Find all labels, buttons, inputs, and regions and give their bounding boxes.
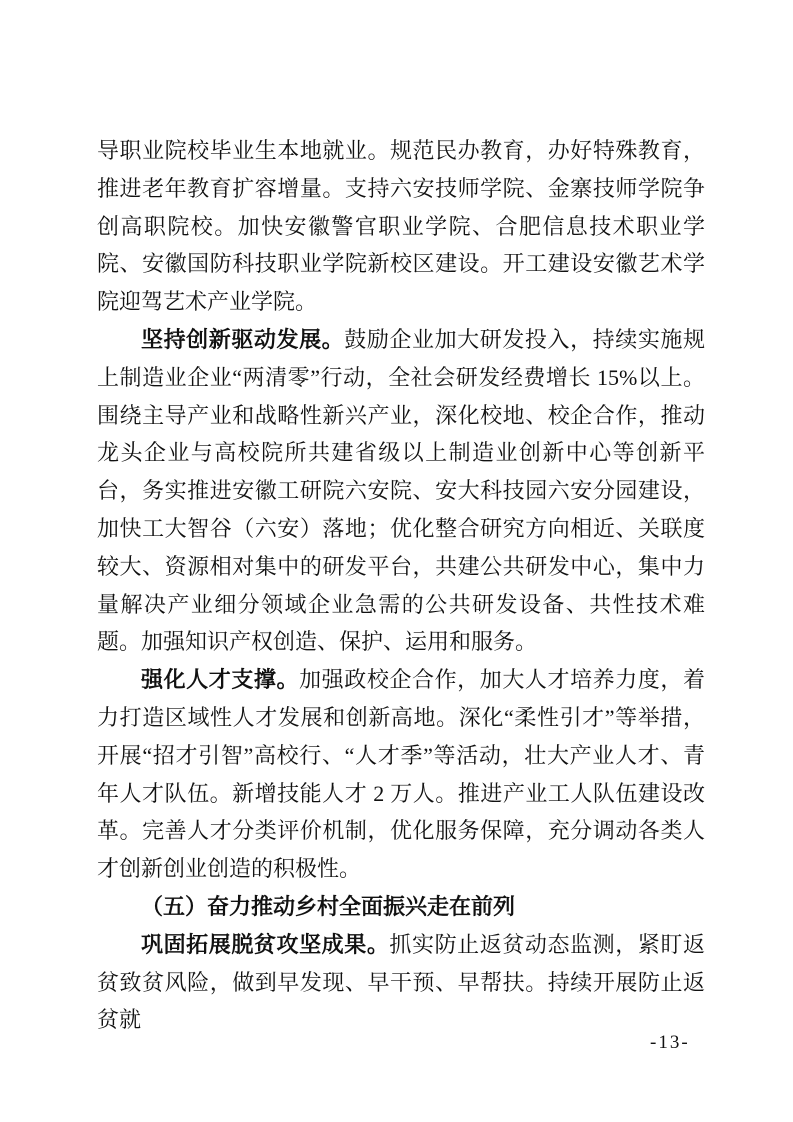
- paragraph: 坚持创新驱动发展。鼓励企业加大研发投入，持续实施规上制造业企业“两清零”行动，全…: [97, 321, 705, 661]
- section-heading: （五）奋力推动乡村全面振兴走在前列: [97, 888, 705, 926]
- paragraph: 强化人才支撑。加强政校企合作，加大人才培养力度，着力打造区域性人才发展和创新高地…: [97, 661, 705, 888]
- paragraph-bold-lead: 巩固拓展脱贫攻坚成果。: [141, 932, 389, 957]
- paragraph: 巩固拓展脱贫攻坚成果。抓实防止返贫动态监测，紧盯返贫致贫风险，做到早发现、早干预…: [97, 926, 705, 1039]
- paragraph-bold-lead: （五）奋力推动乡村全面振兴走在前列: [141, 894, 515, 919]
- paragraph: 导职业院校毕业生本地就业。规范民办教育，办好特殊教育，推进老年教育扩容增量。支持…: [97, 132, 705, 321]
- document-page: 导职业院校毕业生本地就业。规范民办教育，办好特殊教育，推进老年教育扩容增量。支持…: [0, 0, 793, 1122]
- document-body: 导职业院校毕业生本地就业。规范民办教育，办好特殊教育，推进老年教育扩容增量。支持…: [97, 132, 705, 1039]
- page-number: -13-: [650, 1031, 690, 1055]
- paragraph-bold-lead: 强化人才支撑。: [141, 667, 299, 692]
- paragraph-bold-lead: 坚持创新驱动发展。: [141, 327, 344, 352]
